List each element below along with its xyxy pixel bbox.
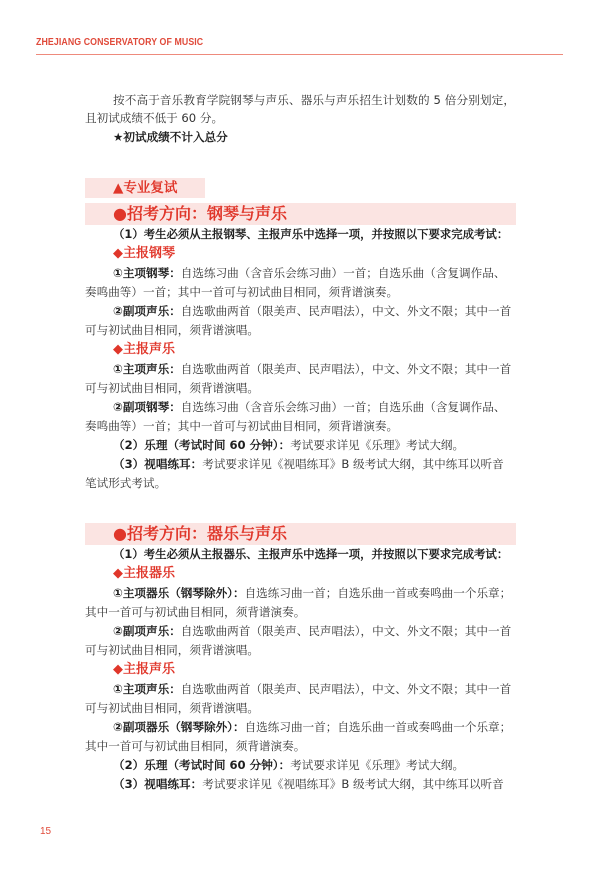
direction-intro: （1）考生必须从主报器乐、主报声乐中选择一项，并按照以下要求完成考试：: [113, 545, 515, 564]
list-item: ①主项钢琴：自选练习曲（含音乐会练习曲）一首；自选乐曲（含复调作品、奏鸣曲等）一…: [85, 264, 515, 302]
list-item: ①主项声乐：自选歌曲两首（限美声、民声唱法），中文、外文不限；其中一首可与初试曲…: [85, 680, 515, 718]
item-text: 考试要求详见《乐理》考试大纲。: [290, 438, 464, 452]
header-divider: [36, 54, 563, 55]
list-item: ②副项钢琴：自选练习曲（含音乐会练习曲）一首；自选乐曲（含复调作品、奏鸣曲等）一…: [85, 398, 515, 436]
item-label: ②副项声乐：: [113, 624, 181, 638]
list-item: （2）乐理（考试时间 60 分钟）：考试要求详见《乐理》考试大纲。: [85, 756, 515, 775]
list-item: ①主项声乐：自选歌曲两首（限美声、民声唱法），中文、外文不限；其中一首可与初试曲…: [85, 360, 515, 398]
item-label: （3）视唱练耳：: [113, 777, 202, 791]
group-title: ◆主报钢琴: [113, 244, 515, 264]
item-label: （3）视唱练耳：: [113, 457, 202, 471]
item-label: ①主项声乐：: [113, 682, 181, 696]
item-label: ①主项器乐（钢琴除外）：: [113, 586, 245, 600]
direction-title: ●招考方向：器乐与声乐: [85, 523, 516, 545]
list-item: ②副项声乐：自选歌曲两首（限美声、民声唱法），中文、外文不限；其中一首可与初试曲…: [85, 302, 515, 340]
list-item: ②副项器乐（钢琴除外）：自选练习曲一首；自选乐曲一首或奏鸣曲一个乐章；其中一首可…: [85, 718, 515, 756]
item-label: （2）乐理（考试时间 60 分钟）：: [113, 758, 290, 772]
page-header: ZHEJIANG CONSERVATORY OF MUSIC: [36, 37, 563, 55]
list-item: ②副项声乐：自选歌曲两首（限美声、民声唱法），中文、外文不限；其中一首可与初试曲…: [85, 622, 515, 660]
section-title: ▲专业复试: [85, 178, 205, 198]
direction-title: ●招考方向：钢琴与声乐: [85, 203, 516, 225]
item-label: ①主项钢琴：: [113, 266, 181, 280]
list-item: ①主项器乐（钢琴除外）：自选练习曲一首；自选乐曲一首或奏鸣曲一个乐章；其中一首可…: [85, 584, 515, 622]
group-title: ◆主报声乐: [113, 340, 515, 360]
list-item: （3）视唱练耳：考试要求详见《视唱练耳》B 级考试大纲，其中练耳以听音笔试形式考…: [85, 455, 515, 493]
item-label: ①主项声乐：: [113, 362, 181, 376]
group-title: ◆主报器乐: [113, 564, 515, 584]
page-content: 按不高于音乐教育学院钢琴与声乐、器乐与声乐招生计划数的 5 倍分别划定，且初试成…: [85, 91, 515, 794]
page-number: 15: [40, 826, 51, 837]
item-label: ②副项钢琴：: [113, 400, 181, 414]
direction-intro: （1）考生必须从主报钢琴、主报声乐中选择一项，并按照以下要求完成考试：: [113, 225, 515, 244]
item-text: 考试要求详见《乐理》考试大纲。: [290, 758, 464, 772]
intro-paragraph: 按不高于音乐教育学院钢琴与声乐、器乐与声乐招生计划数的 5 倍分别划定，且初试成…: [85, 91, 515, 128]
list-item: （2）乐理（考试时间 60 分钟）：考试要求详见《乐理》考试大纲。: [85, 436, 515, 455]
item-text: 考试要求详见《视唱练耳》B 级考试大纲，其中练耳以听音: [202, 777, 504, 791]
list-item: （3）视唱练耳：考试要求详见《视唱练耳》B 级考试大纲，其中练耳以听音: [85, 775, 515, 794]
item-label: ②副项器乐（钢琴除外）：: [113, 720, 245, 734]
group-title: ◆主报声乐: [113, 660, 515, 680]
item-label: （2）乐理（考试时间 60 分钟）：: [113, 438, 290, 452]
header-title: ZHEJIANG CONSERVATORY OF MUSIC: [36, 37, 500, 49]
intro-note: ★初试成绩不计入总分: [113, 128, 515, 146]
item-label: ②副项声乐：: [113, 304, 181, 318]
